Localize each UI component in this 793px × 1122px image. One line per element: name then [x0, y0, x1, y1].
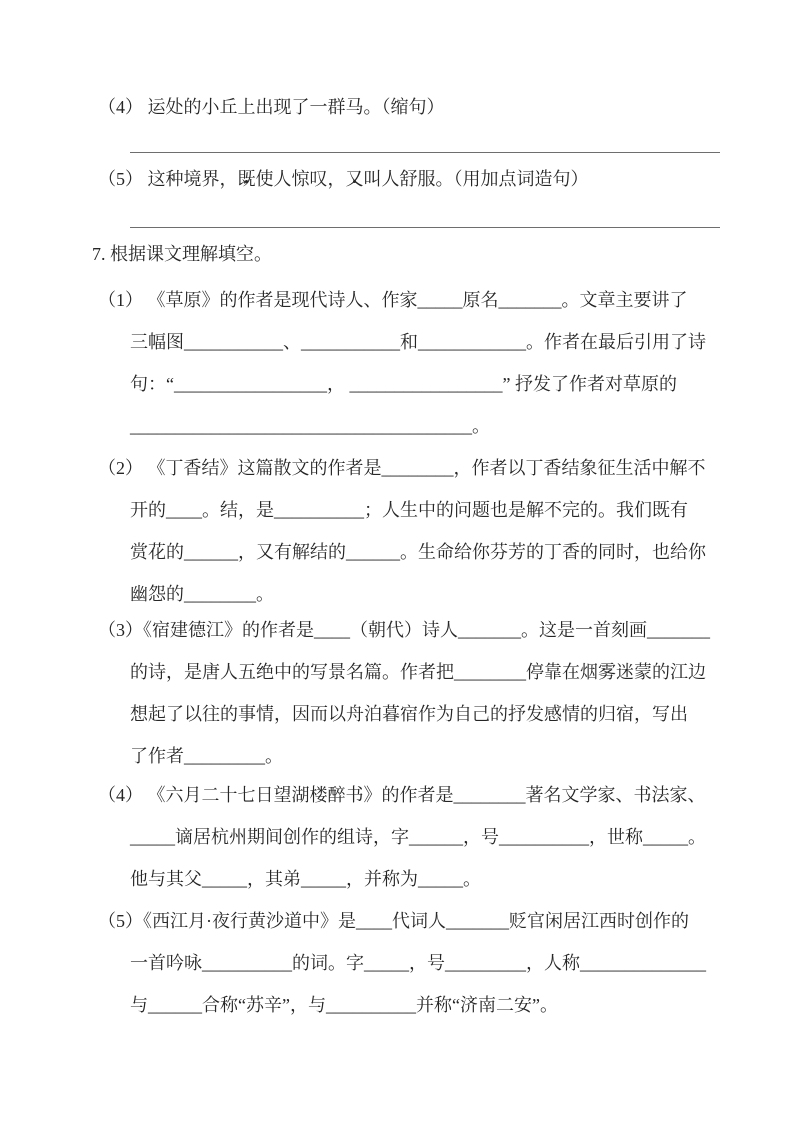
q6-item5-note: （用加点词造句）: [454, 169, 589, 189]
q7-item1-line2: 三幅图___________、___________和____________。…: [0, 321, 793, 363]
q6-item5-sentence: （5） 这种境界，既使人惊叹，又叫人舒服。（用加点词造句）: [0, 158, 793, 200]
q6-item5-prefix: （5） 这种境界，: [98, 169, 238, 189]
q7-item4-line1: （4） 《六月二十七日望湖楼醉书》的作者是________著名文学家、书法家、: [0, 774, 793, 816]
q6-item4-sentence: （4） 运处的小丘上出现了一群马。（缩句）: [0, 86, 793, 128]
q6-item5-dotted-word-1: 既: [238, 158, 256, 200]
q7-item5-line1: （5）《西江月·夜行黄沙道中》是____代词人_______贬官闲居江西时创作的: [0, 900, 793, 942]
q6-item5-mid-1: 使人惊叹，: [256, 169, 346, 189]
q6-item5-mid-2: 叫人舒服。: [364, 169, 454, 189]
q6-item4-answer-line[interactable]: [130, 152, 720, 153]
q6-item5-answer-line[interactable]: [130, 227, 720, 228]
q7-item4-line2: _____谪居杭州期间创作的组诗，字______，号__________，世称_…: [0, 816, 793, 858]
q7-item1-line3: 句：“_________________， _________________”…: [0, 363, 793, 405]
q7-item3-line2: 的诗，是唐人五绝中的写景名篇。作者把________停靠在烟雾迷蒙的江边: [0, 651, 793, 693]
q7-heading: 7. 根据课文理解填空。: [0, 233, 793, 275]
q7-item5-line3: 与______合称“苏辛”，与__________并称“济南二安”。: [0, 984, 793, 1026]
q7-item2-line2: 开的____。结，是__________；人生中的问题也是解不完的。我们既有: [0, 489, 793, 531]
worksheet-page: （4） 运处的小丘上出现了一群马。（缩句） （5） 这种境界，既使人惊叹，又叫人…: [0, 0, 793, 1122]
q7-item2-line3: 赏花的______，又有解结的______。生命给你芬芳的丁香的同时，也给你: [0, 531, 793, 573]
q7-item4-line3: 他与其父_____，其弟_____，并称为_____。: [0, 858, 793, 900]
q7-item3-line4: 了作者_________。: [0, 735, 793, 777]
q7-item1-line1: （1） 《草原》的作者是现代诗人、作家_____原名_______。文章主要讲了: [0, 279, 793, 321]
q7-item2-line1: （2） 《丁香结》这篇散文的作者是________，作者以丁香结象征生活中解不: [0, 447, 793, 489]
q6-item5-dotted-word-2: 又: [346, 158, 364, 200]
q7-item3-line1: （3）《宿建德江》的作者是____（朝代）诗人_______。这是一首刻画___…: [0, 609, 793, 651]
q7-item3-line3: 想起了以往的事情，因而以舟泊暮宿作为自己的抒发感情的归宿，写出: [0, 693, 793, 735]
q7-item5-line2: 一首吟咏__________的词。字_____，号_________，人称___…: [0, 942, 793, 984]
q7-item1-line4: ______________________________________。: [0, 405, 793, 447]
